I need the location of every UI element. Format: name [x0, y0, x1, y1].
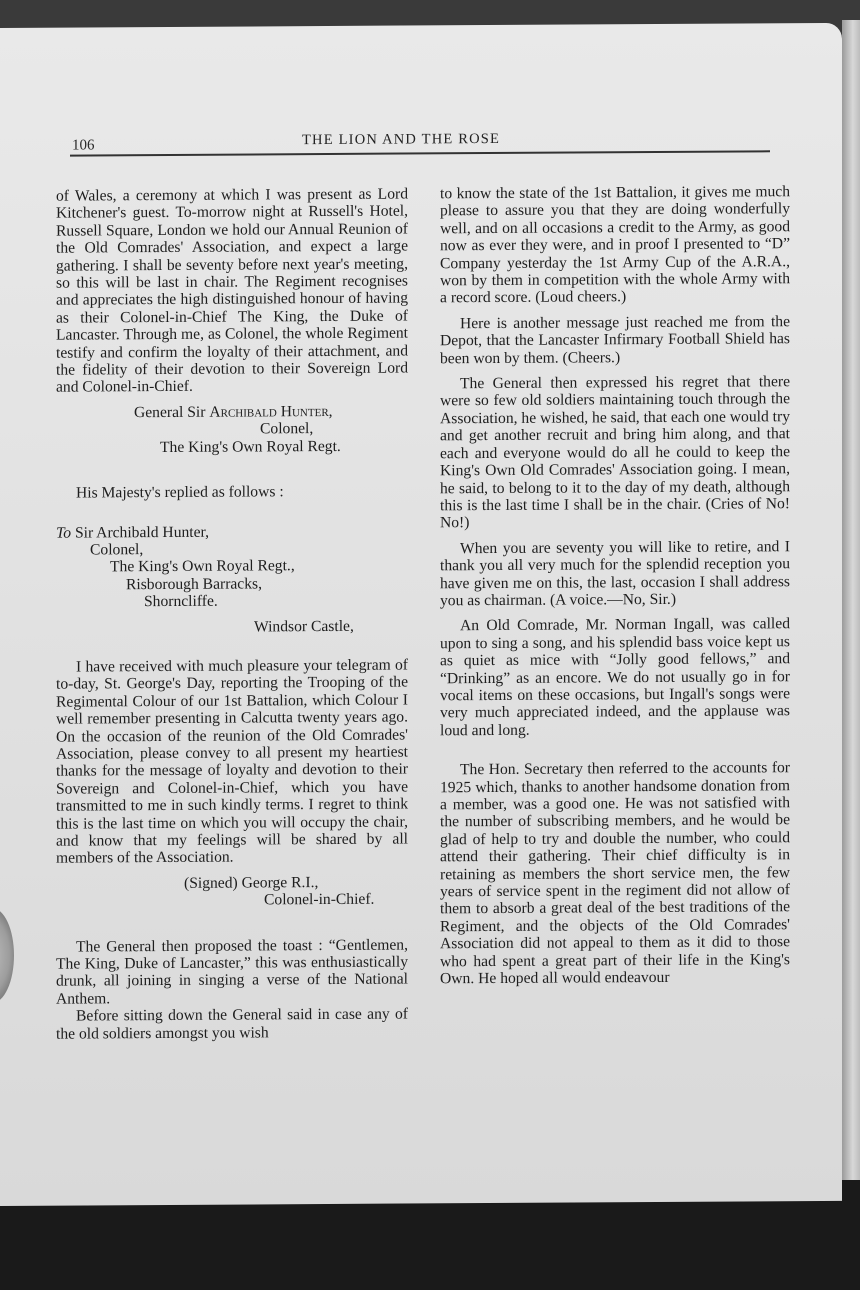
left-column: of Wales, a ceremony at which I was pres… — [56, 186, 408, 1043]
signature-name: Archibald Hunter, — [209, 403, 332, 421]
address-line-5: Shorncliffe. — [56, 592, 408, 612]
thumb-shadow — [0, 908, 14, 1003]
signature-hunter-name: General Sir Archibald Hunter, — [56, 402, 408, 422]
paragraph-telegram-continued: of Wales, a ceremony at which I was pres… — [56, 186, 408, 397]
right-column: to know the state of the 1st Battalion, … — [440, 183, 790, 988]
journal-title: THE LION AND THE ROSE — [302, 131, 500, 149]
page-number: 106 — [72, 137, 95, 154]
reply-intro: His Majesty's replied as follows : — [56, 483, 408, 503]
signature-prefix: General Sir — [134, 404, 209, 421]
signature-hunter-regiment: The King's Own Royal Regt. — [56, 437, 408, 457]
running-head: 106 THE LION AND THE ROSE — [70, 127, 770, 155]
header-rule — [70, 150, 770, 156]
paragraph-hon-secretary: The Hon. Secretary then referred to the … — [440, 759, 790, 987]
paragraph-before-sitting: Before sitting down the General said in … — [56, 1006, 408, 1043]
signature-king: (Signed) George R.I., — [56, 873, 408, 893]
next-page-edge — [842, 20, 860, 1180]
paragraph-toast: The General then proposed the toast : “G… — [56, 936, 408, 1008]
paragraph-general-regret: The General then expressed his regret th… — [440, 373, 790, 532]
address-name: Sir Archibald Hunter, — [71, 523, 209, 541]
place-line: Windsor Castle, — [56, 617, 408, 637]
paragraph-retire: When you are seventy you will like to re… — [440, 538, 790, 610]
paragraph-battalion-state: to know the state of the 1st Battalion, … — [440, 183, 790, 307]
kings-letter: I have received with much pleasure your … — [56, 656, 408, 867]
address-line-1: To Sir Archibald Hunter, — [56, 522, 408, 542]
signature-king-title: Colonel-in-Chief. — [56, 891, 408, 911]
book-page: 106 THE LION AND THE ROSE of Wales, a ce… — [0, 23, 842, 1206]
signature-hunter-title: Colonel, — [56, 420, 408, 440]
paragraph-depot-message: Here is another message just reached me … — [440, 313, 790, 367]
address-line-2: Colonel, — [56, 539, 408, 559]
paragraph-norman-ingall: An Old Comrade, Mr. Norman Ingall, was c… — [440, 616, 790, 740]
address-line-3: The King's Own Royal Regt., — [56, 557, 408, 577]
to-label: To — [56, 524, 71, 541]
address-line-4: Risborough Barracks, — [56, 574, 408, 594]
